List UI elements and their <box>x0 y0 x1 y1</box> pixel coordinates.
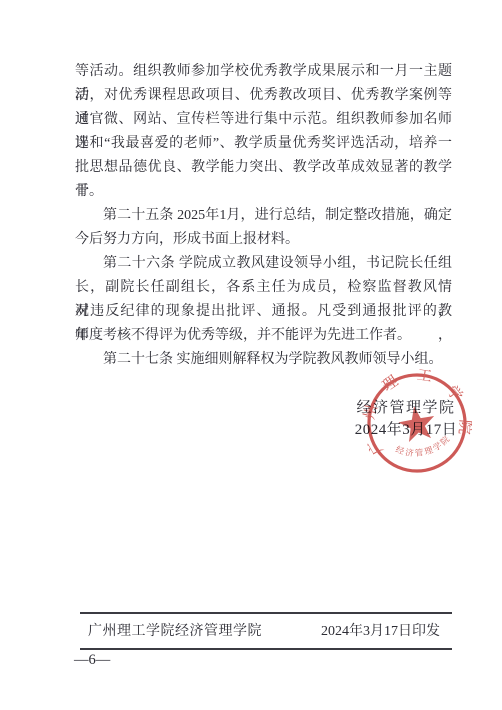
footer-rule-top <box>80 612 452 614</box>
document-page: 等活动。组织教师参加学校优秀教学成果展示和一月一主题活 动，对优秀课程思政项目、… <box>0 0 502 710</box>
body-line-article-27: 第二十七条 实施细则解释权为学院教风教师领导小组。 <box>75 348 452 372</box>
footer-rule-bottom <box>80 648 452 650</box>
body-line: 批思想品德优良、教学能力突出、教学改革成效显著的教学骨 <box>75 156 452 180</box>
body-line: 等活动。组织教师参加学校优秀教学成果展示和一月一主题活 <box>75 60 452 84</box>
body-line: 对违反纪律的现象提出批评、通报。凡受到通报批评的教师， <box>75 300 452 324</box>
footer-row: 广州理工学院经济管理学院 2024年3月17日印发 <box>80 620 452 640</box>
body-line-article-26: 第二十六条 学院成立教风建设领导小组，书记院长任组 <box>75 252 452 276</box>
signature-block: 经济管理学院 2024年3月17日 <box>343 396 469 436</box>
signature-org: 经济管理学院 <box>356 396 455 418</box>
body-text: 等活动。组织教师参加学校优秀教学成果展示和一月一主题活 动，对优秀课程思政项目、… <box>75 60 452 372</box>
body-line: 长，副院长任副组长，各系主任为成员，检察监督教风情况， <box>75 276 452 300</box>
body-line: 干。 <box>75 180 452 204</box>
body-line: 年度考核不得评为优秀等级，并不能评为先进工作者。 <box>75 324 452 348</box>
footer-print-date: 2024年3月17日印发 <box>321 620 440 640</box>
body-line: 今后努力方向，形成书面上报材料。 <box>75 228 452 252</box>
footer-issuer: 广州理工学院经济管理学院 <box>88 620 262 640</box>
body-line: 过官微、网站、宣传栏等进行集中示范。组织教师参加名师评 <box>75 108 452 132</box>
page-number: —6— <box>74 652 110 669</box>
body-line-article-25: 第二十五条 2025年1月，进行总结，制定整改措施，确定 <box>75 204 452 228</box>
body-line: 选和“我最喜爱的老师”、教学质量优秀奖评选活动，培养一 <box>75 132 452 156</box>
body-line: 动，对优秀课程思政项目、优秀教改项目、优秀教学案例等通 <box>75 84 452 108</box>
signature-date: 2024年3月17日 <box>355 418 458 436</box>
